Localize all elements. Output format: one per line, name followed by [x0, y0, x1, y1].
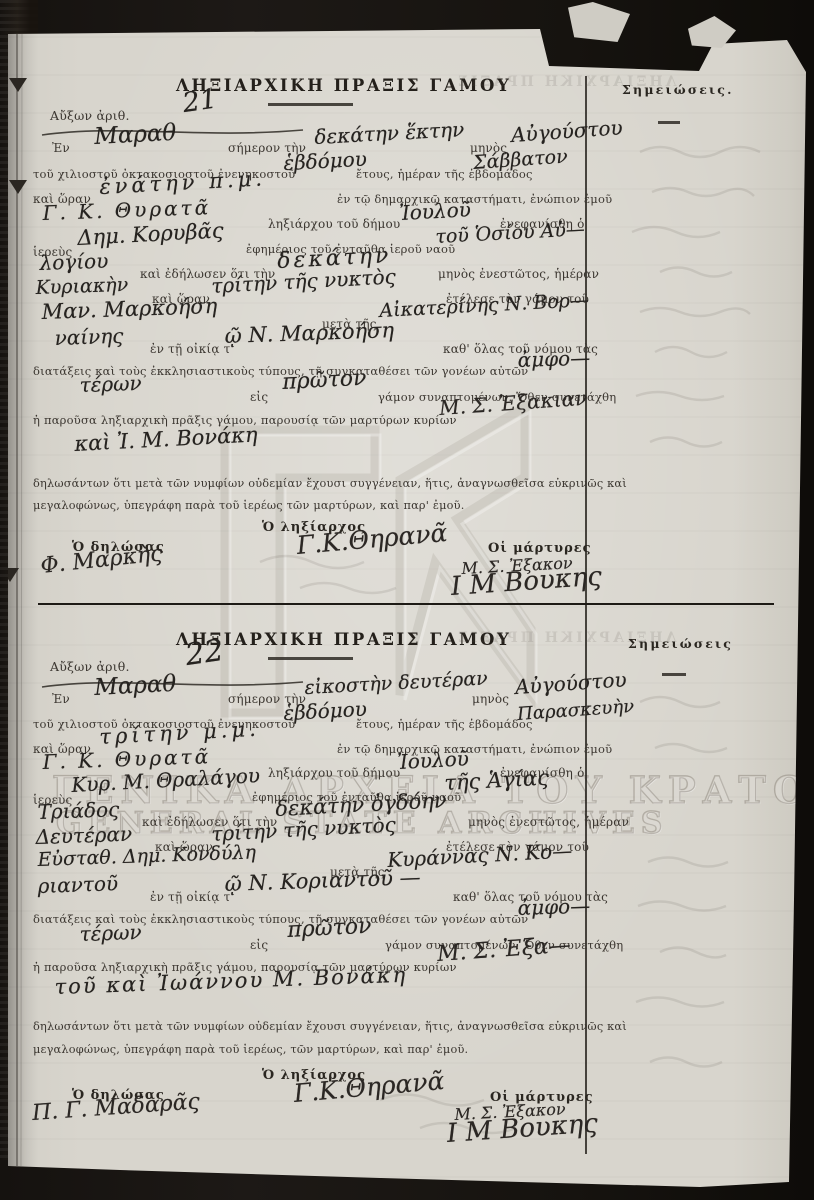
handwritten-entry: ἑβδόμου: [283, 697, 368, 725]
handwritten-entry: Ἰουλοῦ: [399, 197, 472, 225]
printed-form-text: δηλωσάντων ὅτι μετὰ τῶν νυμφίων οὐδεμίαν…: [33, 1020, 627, 1033]
scanned-register-page: { "watermark": { "line1": "ΓΕΝΙΚΑ ΑΡΧΕΙΑ…: [0, 0, 814, 1200]
handwritten-entry: τέρων: [79, 371, 142, 397]
rule-dash: [658, 121, 680, 124]
notes-label: Σημειώσεις: [628, 636, 733, 651]
serial-number-handwritten-act-21: 21: [181, 84, 219, 119]
printed-form-text: μεγαλοφώνως, ὑπεγράφη παρὰ τοῦ ἱερέως, τ…: [33, 1043, 468, 1056]
handwritten-entry: Μαραθ: [94, 120, 177, 150]
printed-form-text: μηνὸς: [472, 692, 509, 706]
printed-form-text: Αὔξων ἀριθ.: [50, 659, 130, 674]
printed-form-text: μεγαλοφώνως, ὑπεγράφη παρὰ τοῦ ἱερέως τῶ…: [33, 499, 465, 512]
handwritten-entry: Τριάδος: [37, 797, 120, 824]
rule-dash: [268, 657, 353, 660]
printed-form-text: ληξιάρχου τοῦ δήμου: [268, 766, 400, 780]
handwritten-entry: ἑβδόμου: [283, 147, 368, 175]
printed-form-text: ἐν τῇ οἰκίᾳ τ: [150, 890, 230, 904]
torn-paper-scrap: [568, 2, 630, 42]
handwritten-entry: Δευτέραν: [35, 822, 132, 849]
printed-form-text: Ἐν: [52, 141, 70, 155]
handwritten-entry: πρῶτον: [282, 366, 367, 395]
rule-dash: [662, 673, 686, 676]
printed-form-text: μηνὸς ἐνεστῶτος, ἡμέραν: [438, 267, 599, 281]
handwritten-entry: ριαντοῦ: [37, 871, 118, 898]
rule-dash: [268, 103, 353, 106]
handwritten-entry: ἀμφο—: [517, 345, 590, 372]
handwritten-entry: Κυριακὴν: [35, 274, 128, 299]
handwritten-entry: τέρων: [79, 920, 142, 946]
printed-form-text: μηνὸς ἐνεστῶτος, ἡμέραν: [468, 815, 629, 829]
printed-form-text: Αὔξων ἀριθ.: [50, 108, 130, 123]
handwritten-entry: πρῶτον: [287, 914, 372, 943]
printed-form-text: ληξιάρχου τοῦ δήμου: [268, 217, 400, 231]
role-label: Οἱ μάρτυρες: [488, 541, 592, 556]
printed-form-text: ἐν τῷ δημαρχικῷ καταστήματι, ἐνώπιον ἐμο…: [337, 742, 612, 756]
handwritten-entry: ναίνης: [54, 324, 124, 350]
printed-form-text: δηλωσάντων ὅτι μετὰ τῶν νυμφίων οὐδεμίαν…: [33, 477, 627, 490]
serial-number-handwritten-act-22: 22: [183, 633, 226, 673]
paper-sheet: ΓΕΝΙΚΑ ΑΡΧΕΙΑ ΤΟΥ ΚΡΑΤΟΥΣ GENERAL STATE …: [0, 0, 814, 1200]
notes-label: Σημειώσεις.: [622, 82, 734, 97]
handwritten-entry: Μαραθ: [94, 671, 177, 701]
printed-form-text: ἔτους, ἡμέραν τῆς ἑβδομάδος: [356, 717, 533, 731]
printed-form-text: Ἐν: [52, 692, 70, 706]
printed-form-text: εἰς: [250, 390, 268, 404]
handwritten-entry: λογίου: [39, 249, 109, 275]
printed-form-text: ἐν τῇ οἰκίᾳ τ: [150, 342, 230, 356]
handwritten-entry: ἀμφο—: [517, 893, 590, 920]
printed-form-text: ἐν τῷ δημαρχικῷ καταστήματι, ἐνώπιον ἐμο…: [337, 192, 612, 206]
printed-form-text: εἰς: [250, 938, 268, 952]
